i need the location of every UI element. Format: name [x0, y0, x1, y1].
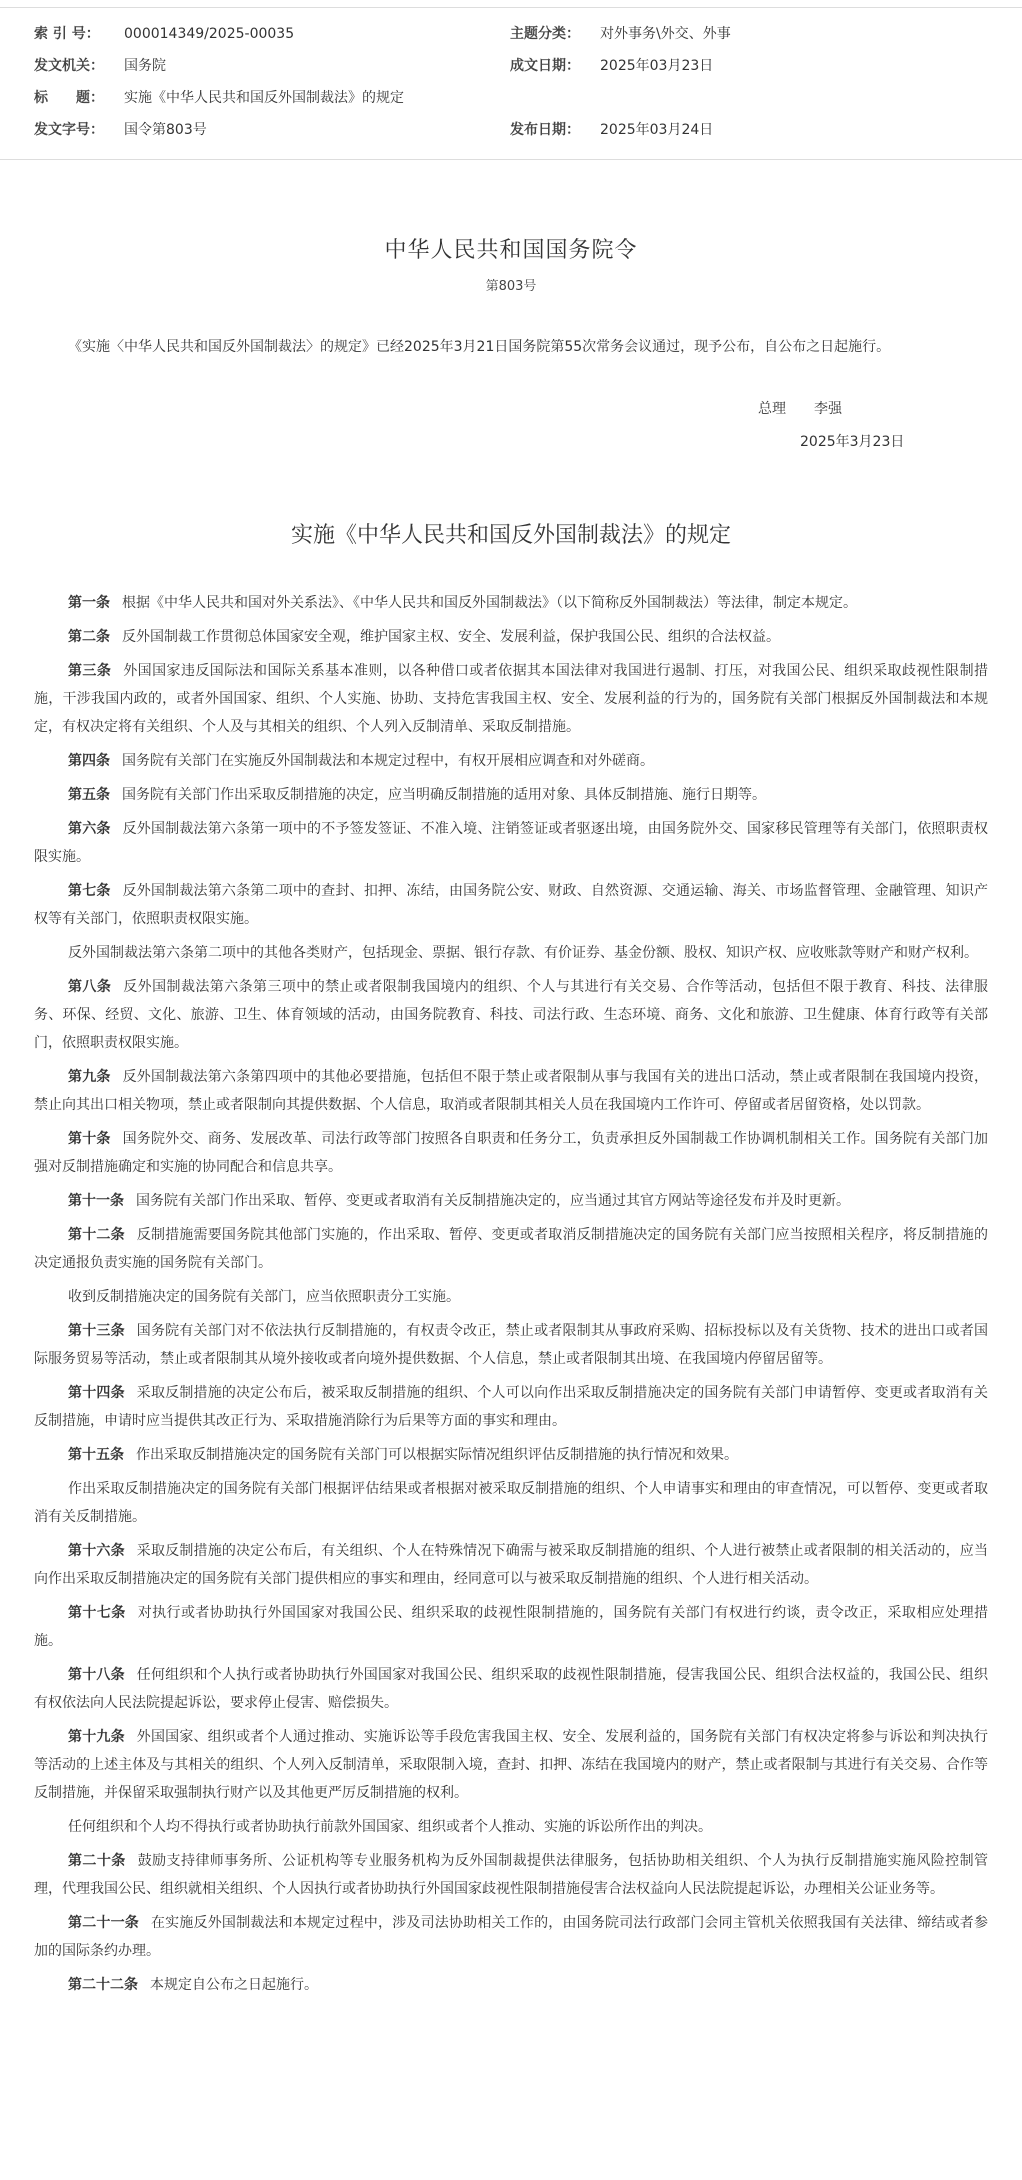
meta-publish-date-label: 发布日期： — [510, 120, 600, 140]
article-text: 反外国制裁法第六条第二项中的查封、扣押、冻结，由国务院公安、财政、自然资源、交通… — [34, 883, 988, 927]
article-number: 第一条 — [68, 595, 110, 611]
meta-issuer-label: 发文机关： — [34, 56, 124, 76]
article-number: 第十九条 — [68, 1729, 125, 1745]
article-text: 任何组织和个人均不得执行或者协助执行前款外国国家、组织或者个人推动、实施的诉讼所… — [68, 1819, 712, 1835]
order-intro: 《实施〈中华人民共和国反外国制裁法〉的规定》已经2025年3月21日国务院第55… — [34, 331, 986, 364]
article-text: 根据《中华人民共和国对外关系法》、《中华人民共和国反外国制裁法》（以下简称反外国… — [122, 595, 857, 611]
article-paragraph: 第六条反外国制裁法第六条第一项中的不予签发签证、不准入境、注销签证或者驱逐出境，… — [34, 815, 988, 871]
article-paragraph: 第十六条采取反制措施的决定公布后，有关组织、个人在特殊情况下确需与被采取反制措施… — [34, 1537, 988, 1593]
article-number: 第二条 — [68, 629, 110, 645]
regulation-title: 实施《中华人民共和国反外国制裁法》的规定 — [0, 519, 1022, 553]
article-text: 采取反制措施的决定公布后，有关组织、个人在特殊情况下确需与被采取反制措施的组织、… — [34, 1543, 988, 1587]
article-number: 第十一条 — [68, 1193, 124, 1209]
article-number: 第二十二条 — [68, 1977, 138, 1993]
signature-line: 总理李强 — [758, 398, 842, 420]
meta-title-value: 实施《中华人民共和国反外国制裁法》的规定 — [124, 88, 404, 108]
meta-doc-no-row: 发文字号：国令第803号 — [34, 120, 207, 140]
article-text: 本规定自公布之日起施行。 — [150, 1977, 318, 1993]
article-text: 国务院有关部门对不依法执行反制措施的，有权责令改正，禁止或者限制其从事政府采购、… — [34, 1323, 988, 1367]
article-paragraph: 第三条外国国家违反国际法和国际关系基本准则，以各种借口或者依据其本国法律对我国进… — [34, 657, 988, 741]
article-number: 第九条 — [68, 1069, 111, 1085]
meta-issuer-value: 国务院 — [124, 56, 166, 76]
article-paragraph: 第十五条作出采取反制措施决定的国务院有关部门可以根据实际情况组织评估反制措施的执… — [34, 1441, 988, 1469]
meta-publish-date-row: 发布日期：2025年03月24日 — [510, 120, 713, 140]
meta-written-date-label: 成文日期： — [510, 56, 600, 76]
article-number: 第十六条 — [68, 1543, 125, 1559]
article-sub-paragraph: 任何组织和个人均不得执行或者协助执行前款外国国家、组织或者个人推动、实施的诉讼所… — [34, 1813, 988, 1841]
article-text: 采取反制措施的决定公布后，被采取反制措施的组织、个人可以向作出采取反制措施决定的… — [34, 1385, 988, 1429]
article-paragraph: 第五条国务院有关部门作出采取反制措施的决定，应当明确反制措施的适用对象、具体反制… — [34, 781, 988, 809]
meta-doc-no-value: 国令第803号 — [124, 120, 207, 140]
article-number: 第三条 — [68, 663, 111, 679]
article-paragraph: 第二条反外国制裁工作贯彻总体国家安全观，维护国家主权、安全、发展利益，保护我国公… — [34, 623, 988, 651]
article-paragraph: 第十八条任何组织和个人执行或者协助执行外国国家对我国公民、组织采取的歧视性限制措… — [34, 1661, 988, 1717]
article-text: 对执行或者协助执行外国国家对我国公民、组织采取的歧视性限制措施的，国务院有关部门… — [34, 1605, 988, 1649]
article-number: 第四条 — [68, 753, 110, 769]
article-text: 国务院有关部门作出采取反制措施的决定，应当明确反制措施的适用对象、具体反制措施、… — [122, 787, 766, 803]
article-text: 任何组织和个人执行或者协助执行外国国家对我国公民、组织采取的歧视性限制措施，侵害… — [34, 1667, 988, 1711]
article-number: 第十八条 — [68, 1667, 125, 1683]
order-title: 中华人民共和国国务院令 — [0, 236, 1022, 266]
article-text: 在实施反外国制裁法和本规定过程中，涉及司法协助相关工作的，由国务院司法行政部门会… — [34, 1915, 988, 1959]
article-text: 国务院有关部门作出采取、暂停、变更或者取消有关反制措施决定的，应当通过其官方网站… — [136, 1193, 850, 1209]
article-text: 外国国家违反国际法和国际关系基本准则，以各种借口或者依据其本国法律对我国进行遏制… — [34, 663, 988, 735]
article-number: 第六条 — [68, 821, 111, 837]
article-number: 第十三条 — [68, 1323, 125, 1339]
article-paragraph: 第十九条外国国家、组织或者个人通过推动、实施诉讼等手段危害我国主权、安全、发展利… — [34, 1723, 988, 1807]
article-number: 第十二条 — [68, 1227, 125, 1243]
article-paragraph: 第八条反外国制裁法第六条第三项中的禁止或者限制我国境内的组织、个人与其进行有关交… — [34, 973, 988, 1057]
article-text: 反外国制裁法第六条第一项中的不予签发签证、不准入境、注销签证或者驱逐出境，由国务… — [34, 821, 988, 865]
meta-topic-value: 对外事务\外交、外事 — [600, 24, 731, 44]
meta-topic-label: 主题分类： — [510, 24, 600, 44]
document-metadata-panel: 索 引 号：000014349/2025-00035 主题分类：对外事务\外交、… — [0, 7, 1022, 160]
article-paragraph: 第十七条对执行或者协助执行外国国家对我国公民、组织采取的歧视性限制措施的，国务院… — [34, 1599, 988, 1655]
article-number: 第十七条 — [68, 1605, 126, 1621]
article-paragraph: 第十条国务院外交、商务、发展改革、司法行政等部门按照各自职责和任务分工，负责承担… — [34, 1125, 988, 1181]
article-text: 国务院外交、商务、发展改革、司法行政等部门按照各自职责和任务分工，负责承担反外国… — [34, 1131, 988, 1175]
article-paragraph: 第七条反外国制裁法第六条第二项中的查封、扣押、冻结，由国务院公安、财政、自然资源… — [34, 877, 988, 933]
article-sub-paragraph: 作出采取反制措施决定的国务院有关部门根据评估结果或者根据对被采取反制措施的组织、… — [34, 1475, 988, 1531]
article-number: 第五条 — [68, 787, 110, 803]
meta-title-label: 标 题： — [34, 88, 124, 108]
meta-index-row: 索 引 号：000014349/2025-00035 — [34, 24, 294, 44]
signer-title: 总理 — [758, 401, 786, 417]
meta-publish-date-value: 2025年03月24日 — [600, 120, 713, 140]
article-text: 作出采取反制措施决定的国务院有关部门根据评估结果或者根据对被采取反制措施的组织、… — [34, 1481, 988, 1525]
article-paragraph: 第二十二条本规定自公布之日起施行。 — [34, 1971, 988, 1999]
article-paragraph: 第二十条鼓励支持律师事务所、公证机构等专业服务机构为反外国制裁提供法律服务，包括… — [34, 1847, 988, 1903]
article-number: 第八条 — [68, 979, 111, 995]
article-paragraph: 第四条国务院有关部门在实施反外国制裁法和本规定过程中，有权开展相应调查和对外磋商… — [34, 747, 988, 775]
article-text: 收到反制措施决定的国务院有关部门，应当依照职责分工实施。 — [68, 1289, 460, 1305]
article-paragraph: 第十二条反制措施需要国务院其他部门实施的，作出采取、暂停、变更或者取消反制措施决… — [34, 1221, 988, 1277]
article-paragraph: 第二十一条在实施反外国制裁法和本规定过程中，涉及司法协助相关工作的，由国务院司法… — [34, 1909, 988, 1965]
meta-written-date-row: 成文日期：2025年03月23日 — [510, 56, 713, 76]
signature-date: 2025年3月23日 — [800, 431, 904, 453]
article-number: 第十四条 — [68, 1385, 125, 1401]
article-text: 反外国制裁法第六条第二项中的其他各类财产，包括现金、票据、银行存款、有价证券、基… — [68, 945, 978, 961]
article-paragraph: 第十一条国务院有关部门作出采取、暂停、变更或者取消有关反制措施决定的，应当通过其… — [34, 1187, 988, 1215]
meta-doc-no-label: 发文字号： — [34, 120, 124, 140]
meta-title-row: 标 题：实施《中华人民共和国反外国制裁法》的规定 — [34, 88, 404, 108]
article-text: 反外国制裁法第六条第四项中的其他必要措施，包括但不限于禁止或者限制从事与我国有关… — [34, 1069, 988, 1113]
article-paragraph: 第十四条采取反制措施的决定公布后，被采取反制措施的组织、个人可以向作出采取反制措… — [34, 1379, 988, 1435]
article-text: 国务院有关部门在实施反外国制裁法和本规定过程中，有权开展相应调查和对外磋商。 — [122, 753, 654, 769]
meta-index-value: 000014349/2025-00035 — [124, 24, 294, 44]
article-text: 作出采取反制措施决定的国务院有关部门可以根据实际情况组织评估反制措施的执行情况和… — [136, 1447, 738, 1463]
article-text: 反外国制裁工作贯彻总体国家安全观，维护国家主权、安全、发展利益，保护我国公民、组… — [122, 629, 780, 645]
article-number: 第七条 — [68, 883, 111, 899]
order-number: 第803号 — [0, 277, 1022, 297]
article-number: 第二十条 — [68, 1853, 126, 1869]
meta-written-date-value: 2025年03月23日 — [600, 56, 713, 76]
meta-index-label: 索 引 号： — [34, 24, 124, 44]
meta-issuer-row: 发文机关：国务院 — [34, 56, 166, 76]
article-sub-paragraph: 反外国制裁法第六条第二项中的其他各类财产，包括现金、票据、银行存款、有价证券、基… — [34, 939, 988, 967]
article-number: 第十五条 — [68, 1447, 124, 1463]
article-paragraph: 第十三条国务院有关部门对不依法执行反制措施的，有权责令改正，禁止或者限制其从事政… — [34, 1317, 988, 1373]
article-number: 第十条 — [68, 1131, 111, 1147]
signer-name: 李强 — [814, 401, 842, 417]
article-text: 反制措施需要国务院其他部门实施的，作出采取、暂停、变更或者取消反制措施决定的国务… — [34, 1227, 988, 1271]
article-text: 鼓励支持律师事务所、公证机构等专业服务机构为反外国制裁提供法律服务，包括协助相关… — [34, 1853, 988, 1897]
article-text: 外国国家、组织或者个人通过推动、实施诉讼等手段危害我国主权、安全、发展利益的，国… — [34, 1729, 988, 1801]
article-number: 第二十一条 — [68, 1915, 139, 1931]
article-paragraph: 第九条反外国制裁法第六条第四项中的其他必要措施，包括但不限于禁止或者限制从事与我… — [34, 1063, 988, 1119]
regulation-body: 第一条根据《中华人民共和国对外关系法》、《中华人民共和国反外国制裁法》（以下简称… — [34, 589, 988, 2005]
meta-topic-row: 主题分类：对外事务\外交、外事 — [510, 24, 731, 44]
article-sub-paragraph: 收到反制措施决定的国务院有关部门，应当依照职责分工实施。 — [34, 1283, 988, 1311]
article-paragraph: 第一条根据《中华人民共和国对外关系法》、《中华人民共和国反外国制裁法》（以下简称… — [34, 589, 988, 617]
article-text: 反外国制裁法第六条第三项中的禁止或者限制我国境内的组织、个人与其进行有关交易、合… — [34, 979, 988, 1051]
